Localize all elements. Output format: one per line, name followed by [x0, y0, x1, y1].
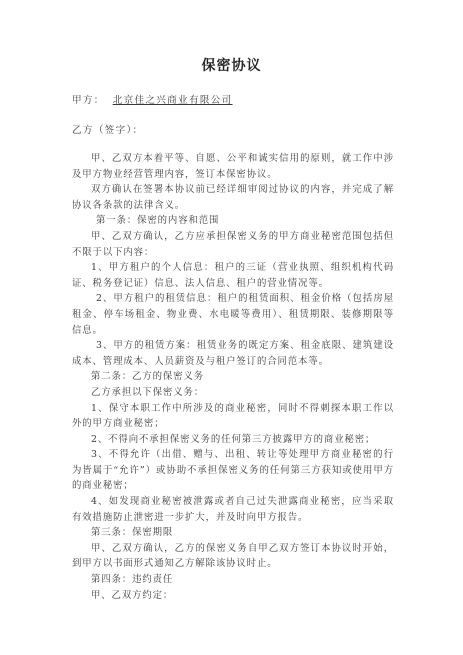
document-title: 保密协议	[0, 55, 463, 75]
article-3-heading: 第三条：保密期限	[72, 525, 394, 541]
document-page: 保密协议 甲方：北京佳之兴商业有限公司 乙方（签字）： 甲、乙双方本着平等、自愿…	[0, 0, 463, 655]
article-1-paragraph: 甲、乙双方确认，乙方应承担保密义务的甲方商业秘密范围包括但不限于以下内容：	[72, 229, 394, 260]
article-1-item-3: 3、甲方的租赁方案：租赁业务的既定方案、租金底限、建筑建设成本、管理成本、人员薪…	[72, 338, 394, 369]
article-2-paragraph: 乙方承担以下保密义务：	[72, 385, 394, 401]
article-1-item-2: 2、甲方租户的租赁信息：租户的租赁面积、租金价格（包括房屋租金、停车场租金、物业…	[72, 291, 394, 338]
party-a-label: 甲方：	[72, 95, 105, 106]
article-2-item-1: 1、保守本职工作中所涉及的商业秘密，同时不得刺探本职工作以外的甲方商业秘密；	[72, 401, 394, 432]
article-4-heading: 第四条：违约责任	[72, 572, 394, 588]
party-a-line: 甲方：北京佳之兴商业有限公司	[72, 92, 233, 106]
document-body: 甲、乙双方本着平等、自愿、公平和诚实信用的原则，就工作中涉及甲方物业经营管理内容…	[72, 151, 394, 603]
article-3-paragraph: 甲、乙双方确认，乙方的保密义务自甲乙双方签订本协议时开始，到甲方以书面形式通知乙…	[72, 541, 394, 572]
article-2-item-3: 3、不得允许（出借、赠与、出租、转让等处理甲方商业秘密的行为皆属于“允许”）或协…	[72, 447, 394, 494]
party-b-line: 乙方（签字）：	[72, 122, 143, 136]
article-2-item-4: 4、如发现商业秘密被泄露或者自己过失泄露商业秘密，应当采取有效措施防止泄密进一步…	[72, 494, 394, 525]
confirmation-paragraph: 双方确认在签署本协议前已经详细审阅过协议的内容，并完成了解协议各条款的法律含义。	[72, 182, 394, 213]
article-1-heading: 第一条：保密的内容和范围	[72, 213, 394, 229]
article-2-item-2: 2、不得向不承担保密义务的任何第三方披露甲方的商业秘密；	[72, 432, 394, 448]
article-4-paragraph: 甲、乙双方约定：	[72, 588, 394, 604]
intro-paragraph: 甲、乙双方本着平等、自愿、公平和诚实信用的原则，就工作中涉及甲方物业经营管理内容…	[72, 151, 394, 182]
article-1-item-1: 1、甲方租户的个人信息：租户的三证（营业执照、组织机构代码证、税务登记证）信息、…	[72, 260, 394, 291]
party-a-company: 北京佳之兴商业有限公司	[113, 95, 233, 106]
article-2-heading: 第二条：乙方的保密义务	[72, 369, 394, 385]
party-b-label: 乙方（签字）：	[72, 125, 143, 136]
